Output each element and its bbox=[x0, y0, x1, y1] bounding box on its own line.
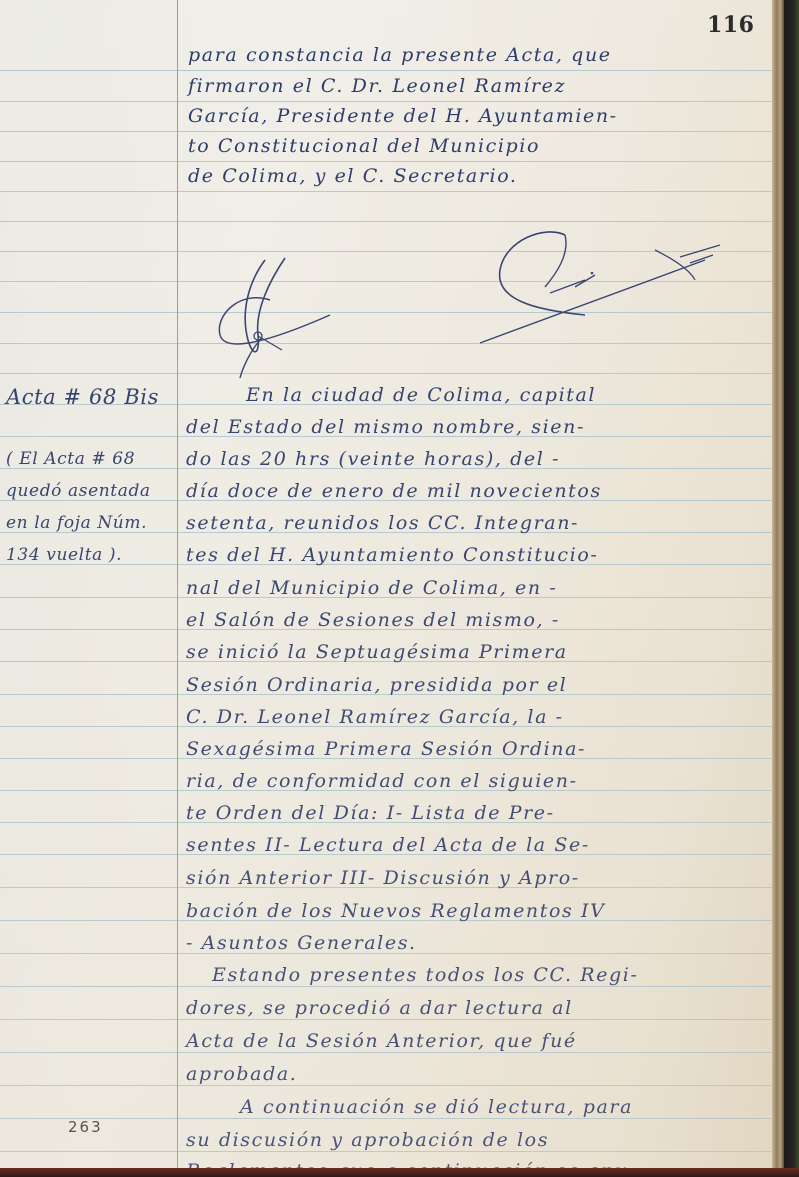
text-line: nal del Municipio de Colima, en - bbox=[186, 577, 557, 599]
signature-secretary bbox=[465, 215, 735, 355]
ruling-line bbox=[0, 1085, 772, 1086]
ledger-page: 116 para constancia la presente Acta, qu… bbox=[0, 0, 772, 1168]
margin-note-line: ( El Acta # 68 bbox=[6, 449, 135, 469]
text-line: del Estado del mismo nombre, sien- bbox=[186, 416, 585, 438]
text-line: aprobada. bbox=[186, 1063, 297, 1085]
text-line: el Salón de Sesiones del mismo, - bbox=[186, 609, 560, 631]
text-line: sión Anterior III- Discusión y Apro- bbox=[186, 867, 580, 889]
text-line: su discusión y aprobación de los bbox=[186, 1129, 549, 1151]
ruling-line bbox=[0, 131, 772, 132]
acta-heading: Acta # 68 Bis bbox=[6, 385, 159, 409]
text-line: Reglamentos que a continuación se enu- bbox=[186, 1160, 637, 1168]
page-number: 116 bbox=[707, 12, 754, 38]
text-line: do las 20 hrs (veinte horas), del - bbox=[186, 448, 560, 470]
page-stack-edge bbox=[772, 0, 784, 1168]
signature-president bbox=[210, 240, 370, 380]
text-line: - Asuntos Generales. bbox=[186, 932, 417, 954]
text-line: García, Presidente del H. Ayuntamien- bbox=[188, 105, 618, 127]
ruling-line bbox=[0, 101, 772, 102]
text-line: dores, se procedió a dar lectura al bbox=[186, 997, 573, 1019]
ruling-line bbox=[0, 986, 772, 987]
margin-note-line: quedó asentada bbox=[6, 481, 151, 501]
book-cover bbox=[784, 0, 799, 1177]
ruling-line bbox=[0, 161, 772, 162]
ruling-line bbox=[0, 373, 772, 374]
ruling-line bbox=[0, 1052, 772, 1053]
text-line: to Constitucional del Municipio bbox=[188, 135, 540, 157]
text-line: Sesión Ordinaria, presidida por el bbox=[186, 674, 567, 696]
text-line: A continuación se dió lectura, para bbox=[240, 1096, 633, 1118]
text-line: te Orden del Día: I- Lista de Pre- bbox=[186, 802, 555, 824]
text-line: para constancia la presente Acta, que bbox=[188, 44, 612, 66]
ruling-line bbox=[0, 70, 772, 71]
text-line: setenta, reunidos los CC. Integran- bbox=[186, 512, 579, 534]
ruling-line bbox=[0, 191, 772, 192]
book-bottom-edge bbox=[0, 1168, 799, 1177]
text-line: Sexagésima Primera Sesión Ordina- bbox=[186, 738, 586, 760]
text-line: En la ciudad de Colima, capital bbox=[246, 384, 596, 406]
folio-number: 263 bbox=[68, 1118, 103, 1136]
text-line: Acta de la Sesión Anterior, que fué bbox=[186, 1030, 577, 1052]
text-line: C. Dr. Leonel Ramírez García, la - bbox=[186, 706, 564, 728]
text-line: Estando presentes todos los CC. Regi- bbox=[212, 964, 639, 986]
text-line: día doce de enero de mil novecientos bbox=[186, 480, 602, 502]
margin-note-line: 134 vuelta ). bbox=[6, 545, 122, 565]
ruling-line bbox=[0, 1019, 772, 1020]
text-line: de Colima, y el C. Secretario. bbox=[188, 165, 518, 187]
ruling-line bbox=[0, 1151, 772, 1152]
text-line: sentes II- Lectura del Acta de la Se- bbox=[186, 834, 590, 856]
ruling-line bbox=[0, 1118, 772, 1119]
text-line: bación de los Nuevos Reglamentos IV bbox=[186, 900, 605, 922]
red-margin-line bbox=[177, 0, 178, 1168]
text-line: tes del H. Ayuntamiento Constitucio- bbox=[186, 544, 598, 566]
text-line: firmaron el C. Dr. Leonel Ramírez bbox=[188, 75, 566, 97]
text-line: ria, de conformidad con el siguien- bbox=[186, 770, 578, 792]
margin-note-line: en la foja Núm. bbox=[6, 513, 147, 533]
text-line: se inició la Septuagésima Primera bbox=[186, 641, 568, 663]
